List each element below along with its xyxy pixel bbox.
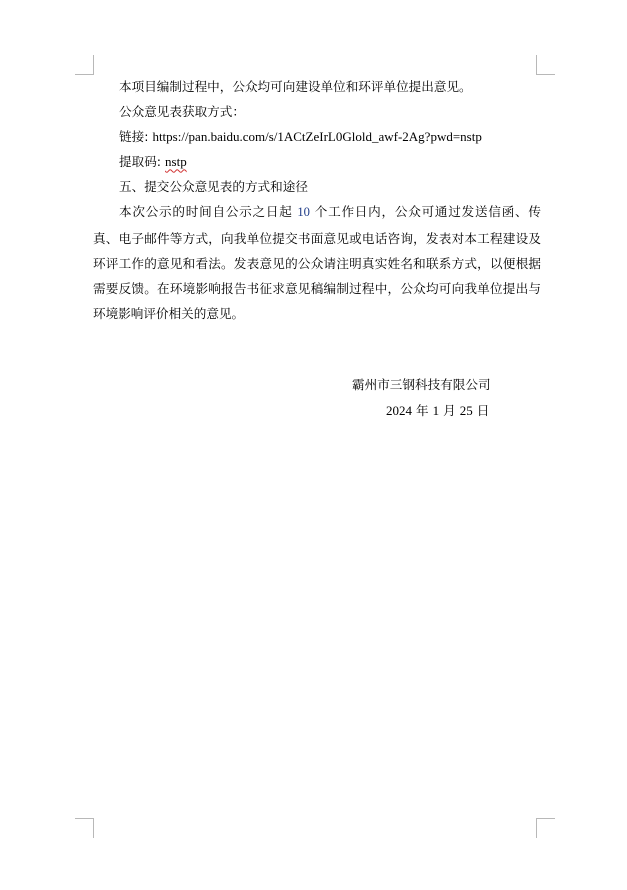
- submission-text-before: 本次公示的时间自公示之日起: [119, 204, 293, 219]
- corner-mark-top-left: [75, 55, 94, 75]
- corner-mark-bottom-right: [536, 818, 555, 838]
- date-year-unit: 年: [412, 403, 433, 418]
- corner-mark-top-right: [536, 55, 555, 75]
- date-month-unit: 月: [439, 403, 460, 418]
- paragraph-intro: 本项目编制过程中，公众均可向建设单位和环评单位提出意见。: [93, 74, 541, 99]
- corner-mark-bottom-left: [75, 818, 94, 838]
- date-day: 25: [460, 403, 473, 418]
- working-days-number: 10: [297, 205, 310, 219]
- paragraph-submission-details: 本次公示的时间自公示之日起 10 个工作日内，公众可通过发送信函、传真、电子邮件…: [93, 199, 541, 325]
- date-day-unit: 日: [473, 403, 490, 418]
- section-heading-submission: 五、提交公众意见表的方式和途径: [93, 174, 541, 199]
- signature-date: 2024 年 1 月 25 日: [386, 398, 489, 423]
- paragraph-extraction-code: 提取码: nstp: [93, 149, 541, 174]
- link-label: 链接:: [119, 129, 152, 144]
- document-body[interactable]: 本项目编制过程中，公众均可向建设单位和环评单位提出意见。 公众意见表获取方式： …: [93, 74, 541, 326]
- paragraph-link: 链接: https://pan.baidu.com/s/1ACtZeIrL0Gl…: [93, 124, 541, 149]
- date-year: 2024: [386, 403, 412, 418]
- document-page: 本项目编制过程中，公众均可向建设单位和环评单位提出意见。 公众意见表获取方式： …: [0, 0, 627, 890]
- download-link[interactable]: https://pan.baidu.com/s/1ACtZeIrL0Glold_…: [152, 129, 481, 144]
- signature-company: 霸州市三钢科技有限公司: [352, 372, 491, 397]
- extraction-code-label: 提取码:: [119, 154, 165, 169]
- submission-text-after: 个工作日内，公众可通过发送信函、传真、电子邮件等方式，向我单位提交书面意见或电话…: [93, 204, 541, 320]
- extraction-code-value: nstp: [165, 154, 187, 169]
- paragraph-form-access: 公众意见表获取方式：: [93, 99, 541, 124]
